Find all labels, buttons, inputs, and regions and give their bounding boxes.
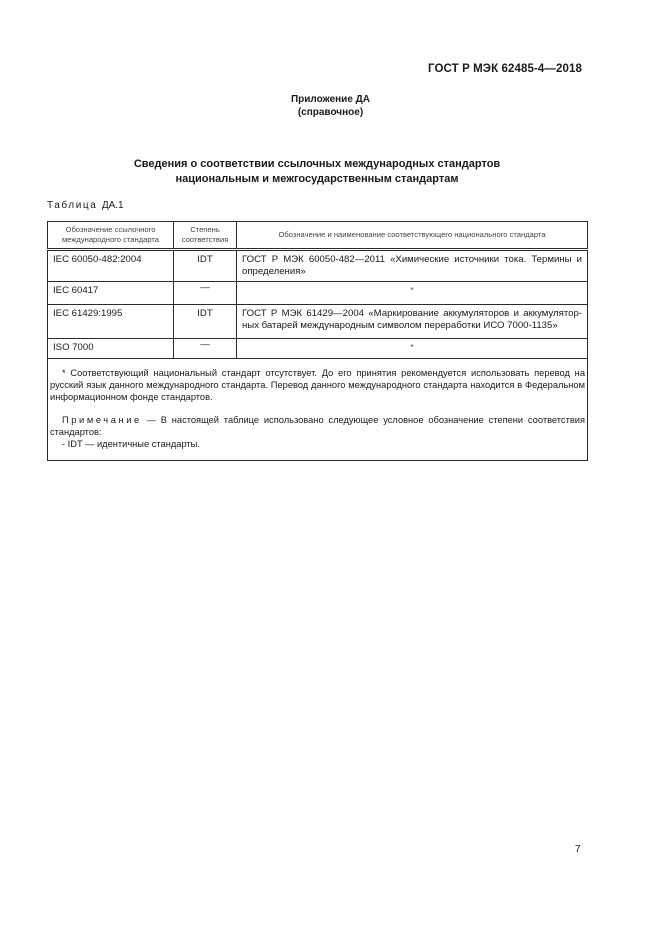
table-caption-word: Таблица: [47, 200, 97, 211]
cell-degree: IDT: [174, 305, 237, 339]
cell-degree: —: [174, 282, 237, 305]
section-title: Сведения о соответствии ссылочных междун…: [0, 157, 634, 187]
column-header-national-standard: Обозначение и наименование соответствующ…: [237, 222, 588, 250]
column-header-degree: Степень соответствия: [174, 222, 237, 250]
cell-national: ГОСТ Р МЭК 60050-482—2011 «Химические ис…: [237, 250, 588, 282]
annex-subtitle: (справочное): [0, 107, 661, 119]
cell-international: IEC 61429:1995: [48, 305, 174, 339]
cell-national: ГОСТ Р МЭК 61429—2004 «Маркирование акку…: [237, 305, 588, 339]
note-label: Примечание: [62, 415, 142, 425]
table-caption-number: ДА.1: [102, 200, 124, 211]
cell-degree: IDT: [174, 250, 237, 282]
cell-national: *: [237, 282, 588, 305]
table-row: IEC 60050-482:2004 IDT ГОСТ Р МЭК 60050-…: [48, 250, 588, 282]
table-row: IEC 60417 — *: [48, 282, 588, 305]
standards-correspondence-table: Обозначение ссылочного международного ст…: [47, 221, 588, 461]
table-caption: Таблица ДА.1: [47, 200, 124, 211]
table-header-row: Обозначение ссылочного международного ст…: [48, 222, 588, 250]
annex-title: Приложение ДА: [0, 94, 661, 106]
table-notes-row: * Соответствующий национальный стандарт …: [48, 359, 588, 461]
cell-international: IEC 60050-482:2004: [48, 250, 174, 282]
table-row: ISO 7000 — *: [48, 339, 588, 359]
footnote: * Соответствующий национальный стандарт …: [50, 367, 585, 403]
note: Примечание — В настоящей таблице использ…: [50, 414, 585, 438]
table-row: IEC 61429:1995 IDT ГОСТ Р МЭК 61429—2004…: [48, 305, 588, 339]
cell-national: *: [237, 339, 588, 359]
document-code: ГОСТ Р МЭК 62485-4—2018: [428, 63, 582, 75]
note-item: - IDT — идентичные стандарты.: [50, 438, 585, 450]
column-header-international-standard: Обозначение ссылочного международного ст…: [48, 222, 174, 250]
table-notes: * Соответствующий национальный стандарт …: [48, 359, 588, 461]
cell-international: ISO 7000: [48, 339, 174, 359]
cell-degree: —: [174, 339, 237, 359]
page-number: 7: [575, 844, 581, 855]
section-title-line-1: Сведения о соответствии ссылочных междун…: [0, 157, 634, 172]
section-title-line-2: национальным и межгосударственным станда…: [0, 172, 634, 187]
cell-international: IEC 60417: [48, 282, 174, 305]
